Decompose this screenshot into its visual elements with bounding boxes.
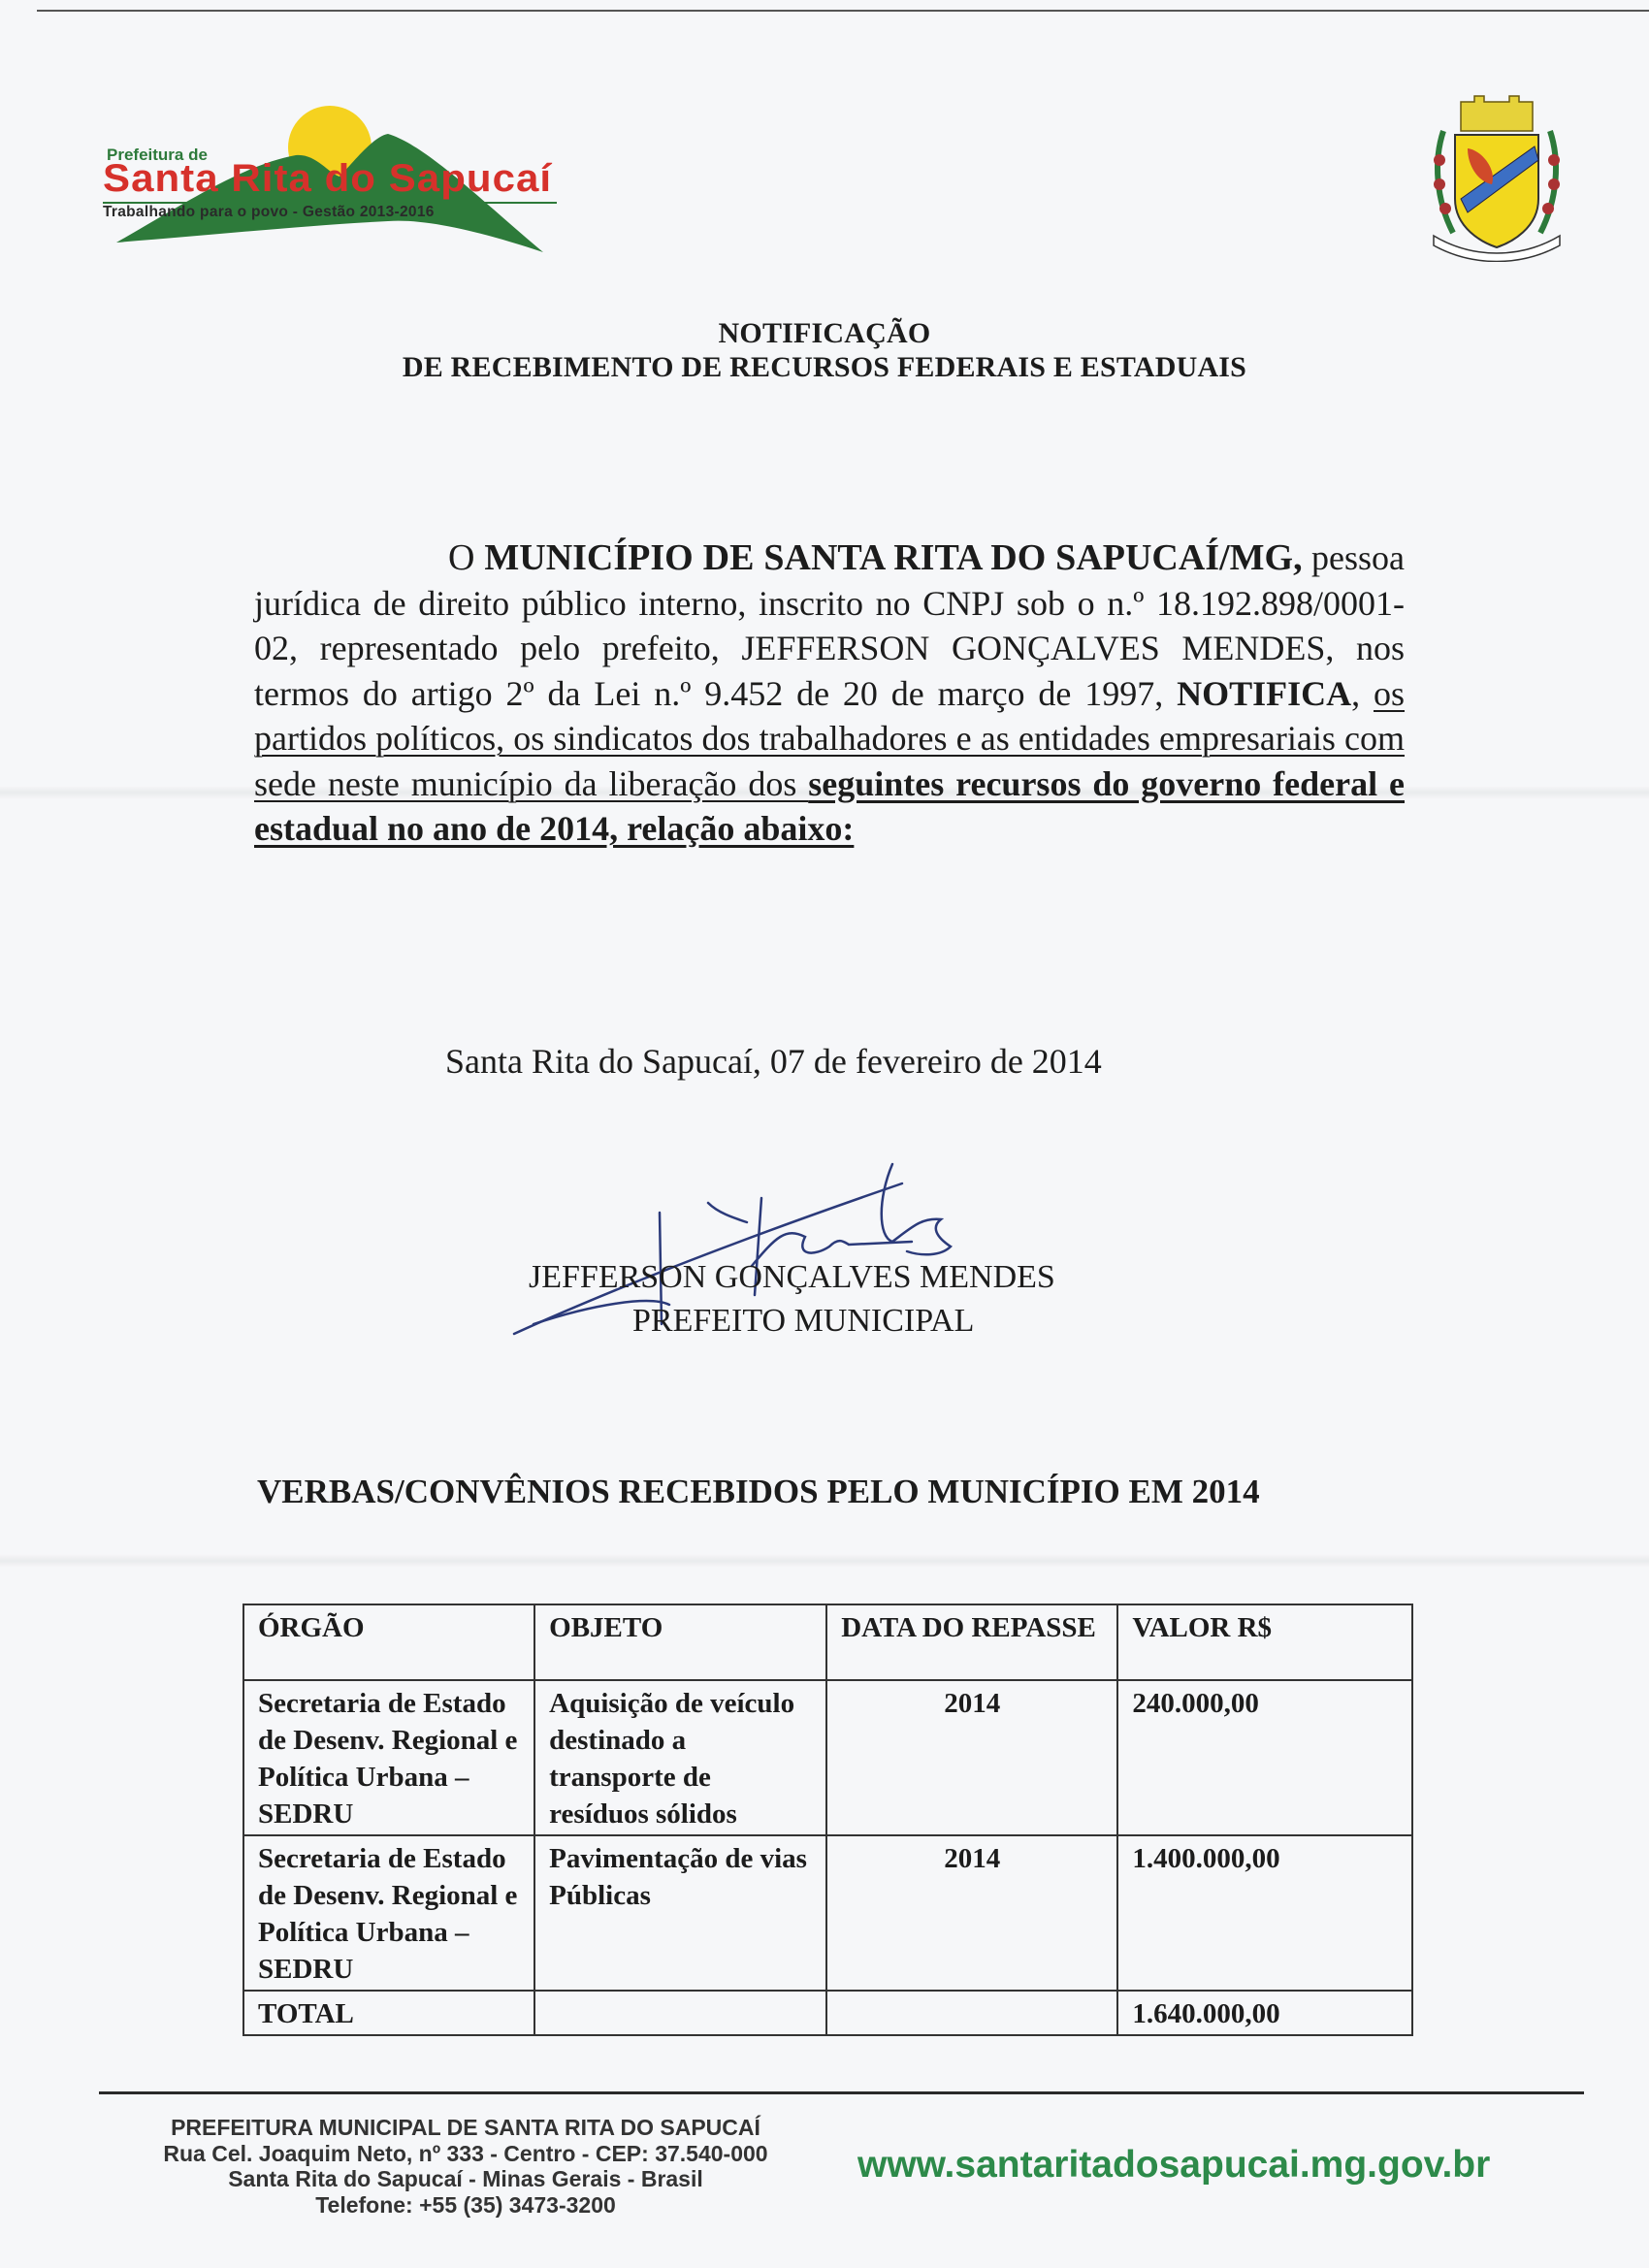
cell-valor: 240.000,00 — [1117, 1680, 1412, 1835]
footer-address-block: PREFEITURA MUNICIPAL DE SANTA RITA DO SA… — [126, 2115, 805, 2218]
cell-valor: 1.400.000,00 — [1117, 1835, 1412, 1991]
comma: , — [1351, 674, 1374, 713]
signatory-role: PREFEITO MUNICIPAL — [632, 1303, 974, 1340]
cell-orgao: Secretaria de Estado de Desenv. Regional… — [243, 1680, 534, 1835]
cell-data: 2014 — [826, 1835, 1117, 1991]
cell-objeto: Pavimentação de vias Públicas — [534, 1835, 826, 1991]
column-header-objeto: OBJETO — [534, 1604, 826, 1680]
municipality-name: MUNICÍPIO DE SANTA RITA DO SAPUCAÍ/MG, — [484, 537, 1302, 578]
logo-city-name: Santa Rita do Sapucaí — [103, 157, 552, 201]
coat-of-arms-icon — [1414, 92, 1579, 262]
notifica-keyword: NOTIFICA — [1177, 674, 1351, 713]
footer-street: Rua Cel. Joaquim Neto, nº 333 - Centro -… — [126, 2141, 805, 2167]
document-title: NOTIFICAÇÃO — [0, 317, 1649, 350]
empty-cell — [826, 1991, 1117, 2035]
footer-phone: Telefone: +55 (35) 3473-3200 — [126, 2192, 805, 2219]
municipality-logo: Prefeitura de Santa Rita do Sapucaí Trab… — [97, 97, 563, 262]
column-header-data: DATA DO REPASSE — [826, 1604, 1117, 1680]
table-row: Secretaria de Estado de Desenv. Regional… — [243, 1835, 1412, 1991]
cell-data: 2014 — [826, 1680, 1117, 1835]
column-header-orgao: ÓRGÃO — [243, 1604, 534, 1680]
document-subtitle: DE RECEBIMENTO DE RECURSOS FEDERAIS E ES… — [0, 351, 1649, 384]
footer-org: PREFEITURA MUNICIPAL DE SANTA RITA DO SA… — [126, 2115, 805, 2141]
cell-orgao: Secretaria de Estado de Desenv. Regional… — [243, 1835, 534, 1991]
table-header-row: ÓRGÃO OBJETO DATA DO REPASSE VALOR R$ — [243, 1604, 1412, 1680]
footer-website-link[interactable]: www.santaritadosapucai.mg.gov.br — [857, 2144, 1490, 2187]
empty-cell — [534, 1991, 826, 2035]
intro-prefix: O — [448, 537, 484, 578]
footer-divider — [99, 2091, 1584, 2094]
date-line: Santa Rita do Sapucaí, 07 de fevereiro d… — [445, 1041, 1102, 1082]
cell-objeto: Aquisição de veículo destinado a transpo… — [534, 1680, 826, 1835]
total-label: TOTAL — [243, 1991, 534, 2035]
page-edge — [37, 10, 1649, 12]
signatory-name: JEFFERSON GONÇALVES MENDES — [529, 1259, 1055, 1296]
notification-paragraph: O MUNICÍPIO DE SANTA RITA DO SAPUCAÍ/MG,… — [254, 535, 1405, 852]
table-total-row: TOTAL 1.640.000,00 — [243, 1991, 1412, 2035]
logo-slogan: Trabalhando para o povo - Gestão 2013-20… — [103, 204, 435, 221]
fold-shadow — [0, 1554, 1649, 1568]
grants-table: ÓRGÃO OBJETO DATA DO REPASSE VALOR R$ Se… — [242, 1604, 1413, 2036]
section-title: VERBAS/CONVÊNIOS RECEBIDOS PELO MUNICÍPI… — [257, 1473, 1260, 1511]
column-header-valor: VALOR R$ — [1117, 1604, 1412, 1680]
footer-city: Santa Rita do Sapucaí - Minas Gerais - B… — [126, 2166, 805, 2192]
total-value: 1.640.000,00 — [1117, 1991, 1412, 2035]
table-row: Secretaria de Estado de Desenv. Regional… — [243, 1680, 1412, 1835]
